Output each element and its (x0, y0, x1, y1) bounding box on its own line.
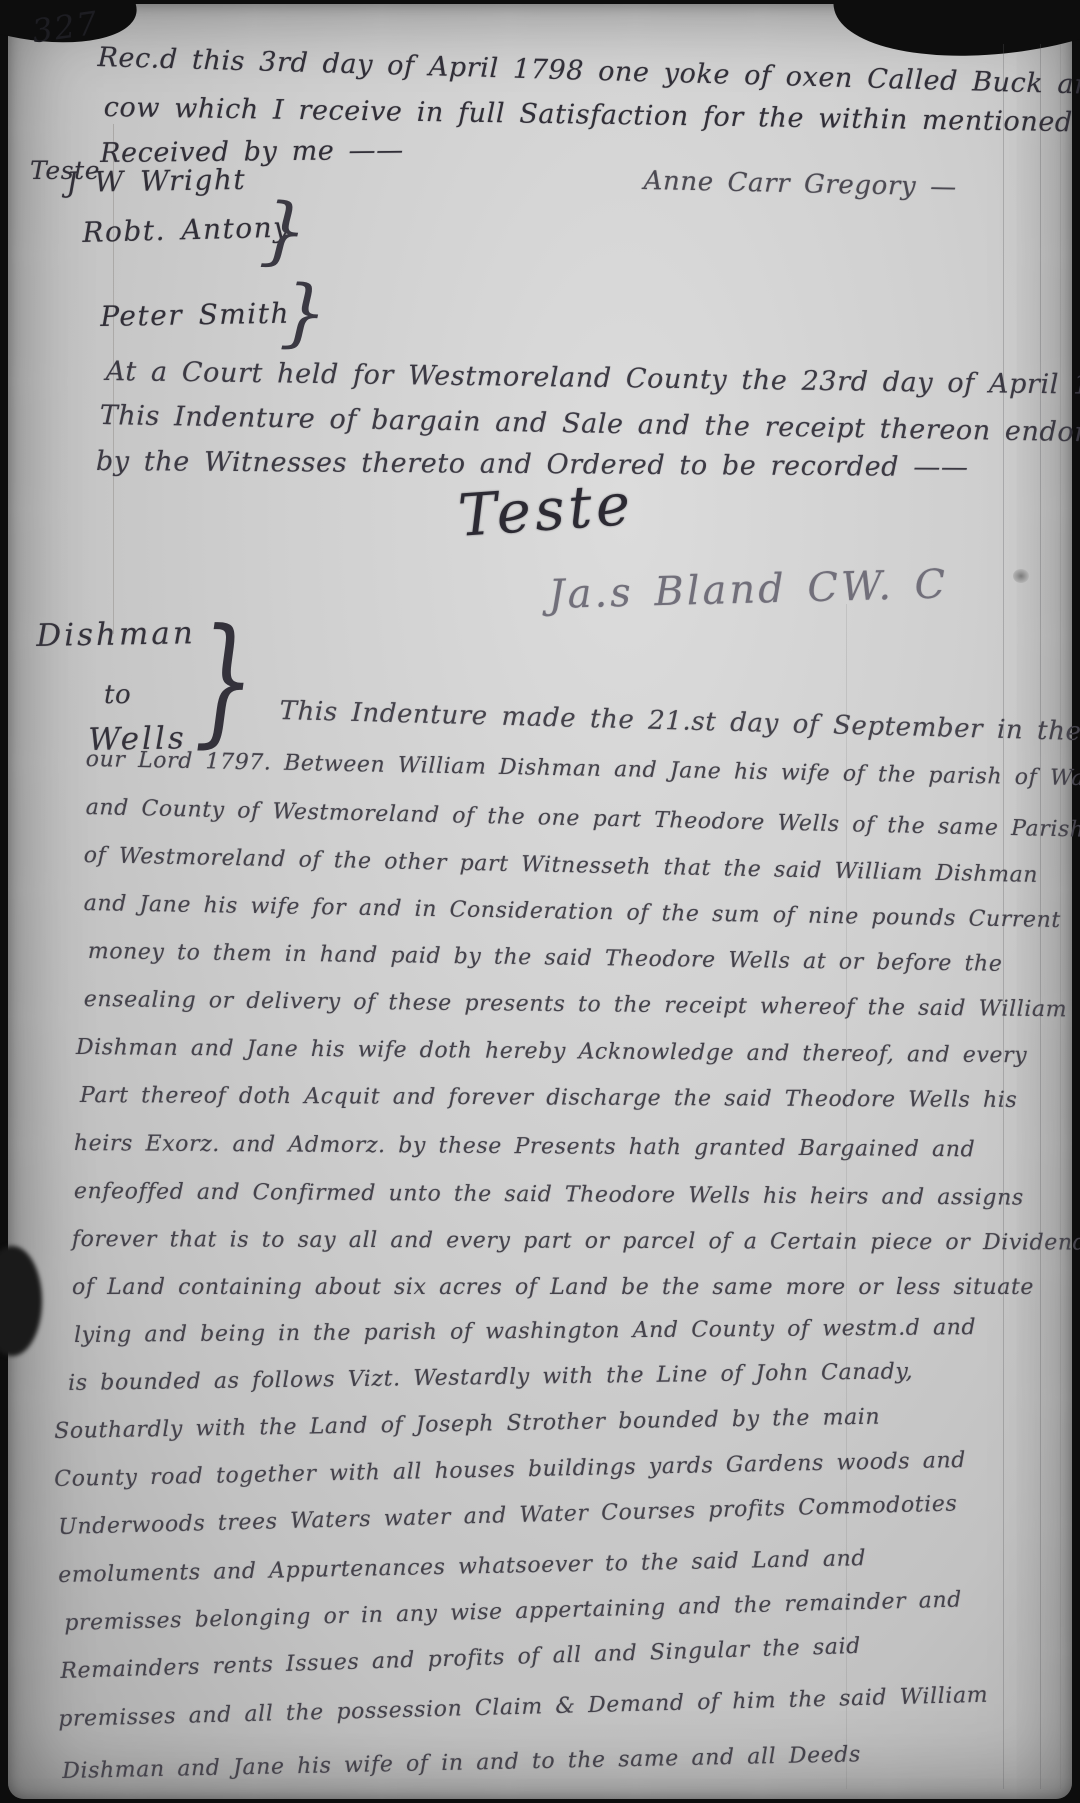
deed-body-line: Dishman and Jane his wife doth hereby Ac… (76, 1035, 1028, 1068)
deed-body-line: Underwoods trees Waters water and Water … (58, 1491, 958, 1540)
brace-glyph: } (279, 275, 329, 351)
deed-body-line: lying and being in the parish of washing… (74, 1315, 976, 1348)
deed-body-line: of Land containing about six acres of La… (72, 1275, 1034, 1300)
brace-glyph: } (194, 610, 255, 749)
page-number: 327 (30, 4, 102, 51)
deed-body-line: premisses and all the possession Claim &… (58, 1683, 989, 1732)
brace-glyph: } (258, 193, 309, 269)
receipt-line: cow which I receive in full Satisfaction… (104, 92, 1080, 140)
grantor-signature: Anne Carr Gregory — (643, 166, 957, 203)
deed-body-line: of Westmoreland of the other part Witnes… (83, 843, 1038, 888)
deed-body-line: enfeoffed and Confirmed unto the said Th… (74, 1179, 1024, 1211)
ink-stain (1013, 569, 1029, 583)
deed-body-line: is bounded as follows Vizt. Westardly wi… (68, 1359, 913, 1396)
deed-body-line: our Lord 1797. Between William Dishman a… (86, 747, 1080, 793)
deed-body-line: Part thereof doth Acquit and forever dis… (80, 1083, 1017, 1113)
deed-body-line: forever that is to say all and every par… (72, 1227, 1080, 1256)
deed-heading-connector: to (104, 680, 131, 710)
teste-flourish: Teste (456, 470, 636, 550)
deed-body-line: Remainders rents Issues and profits of a… (60, 1634, 861, 1684)
deed-body-line: and County of Westmoreland of the one pa… (85, 795, 1080, 846)
deed-body-line: heirs Exorz. and Admorz. by these Presen… (74, 1131, 975, 1162)
scan-edge-mark (0, 1246, 42, 1356)
court-record-line: This Indenture of bargain and Sale and t… (99, 400, 1080, 452)
clerk-signature: Ja.s Bland CW. C (548, 562, 949, 618)
deed-body-line: and Jane his wife for and in Considerati… (84, 891, 1062, 933)
deed-body-line: emoluments and Appurtenances whatsoever … (58, 1546, 866, 1588)
witness-signature: Peter Smith (100, 297, 290, 333)
deed-body-line: premisses belonging or in any wise apper… (64, 1587, 962, 1635)
deed-body-line: Southardly with the Land of Joseph Strot… (54, 1405, 880, 1444)
deed-body-line: This Indenture made the 21.st day of Sep… (279, 696, 1080, 750)
deed-heading-grantor: Dishman (36, 615, 196, 654)
deed-body-line: money to them in hand paid by the said T… (88, 939, 1003, 977)
deed-body-line: Dishman and Jane his wife of in and to t… (62, 1742, 861, 1784)
court-record-line: At a Court held for Westmoreland County … (106, 356, 1080, 401)
deed-body-line: County road together with all houses bui… (54, 1448, 966, 1492)
deed-body-line: ensealing or delivery of these presents … (84, 987, 1068, 1022)
document-page: 327 Rec.d this 3rd day of April 1798 one… (8, 4, 1072, 1799)
witness-signature: J W Wright (66, 163, 246, 199)
